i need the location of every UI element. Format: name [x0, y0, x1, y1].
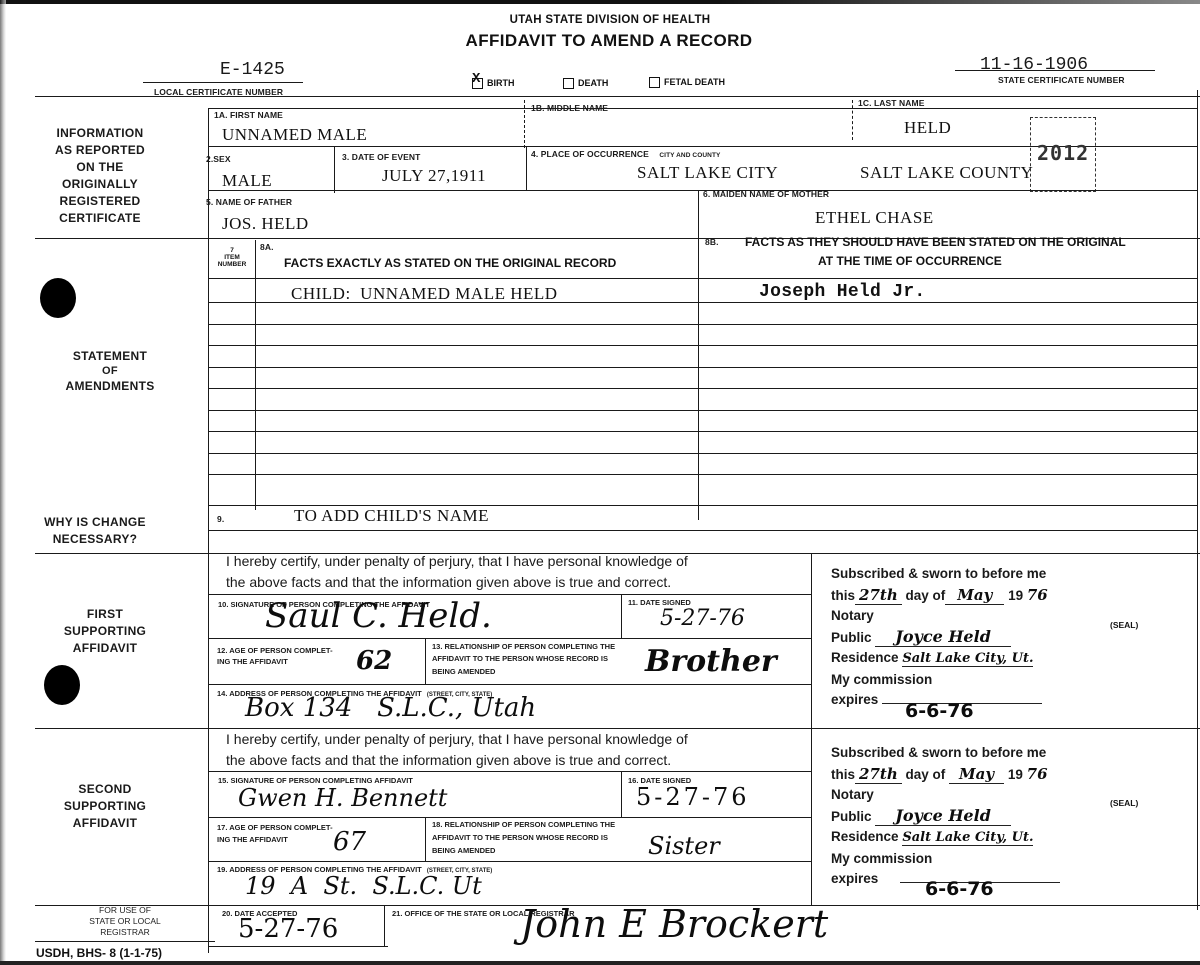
grid-line [208, 594, 811, 595]
check-mark-icon: X [472, 71, 480, 87]
table-row-line [208, 345, 1198, 346]
grid-divider [621, 771, 622, 817]
relationship-label-1c: BEING AMENDED [432, 667, 495, 676]
item-column-divider [255, 240, 256, 510]
section-label-first-affidavit: FIRST SUPPORTING AFFIDAVIT [40, 606, 170, 657]
table-row-line [208, 410, 1198, 411]
scan-top-edge [0, 0, 1200, 4]
notary-expires-2[interactable]: 6-6-76 [925, 878, 994, 900]
grid-line [35, 941, 215, 942]
certify-text-line2-second: the above facts and that the information… [226, 752, 671, 768]
notary-seal-label-1: (SEAL) [1110, 620, 1138, 630]
date-accepted[interactable]: 5-27-76 [238, 914, 338, 944]
date-signed-2[interactable]: 5-27-76 [636, 783, 750, 811]
dashed-divider [852, 100, 853, 140]
col-8a-number: 8A. [260, 242, 274, 252]
record-type-birth[interactable]: X BIRTH [472, 78, 515, 89]
item-number-header: 7 ITEM NUMBER [209, 247, 255, 268]
strike-line [955, 70, 1155, 71]
dashed-divider [524, 100, 525, 148]
state-certificate-label: STATE CERTIFICATE NUMBER [998, 75, 1125, 85]
relationship-label-2b: AFFIDAVIT TO THE PERSON WHOSE RECORD IS [432, 833, 608, 842]
amendment-row-1-corrected: Joseph Held Jr. [759, 282, 926, 302]
mother-value: ETHEL CHASE [815, 208, 934, 228]
table-row-line [208, 474, 1198, 475]
col-8a-header: FACTS EXACTLY AS STATED ON THE ORIGINAL … [284, 256, 616, 270]
grid-line [208, 684, 811, 685]
registrar-signature[interactable]: John E Brockert [520, 902, 828, 946]
local-certificate-number: E-1425 [220, 60, 285, 80]
mother-label: 6. MAIDEN NAME OF MOTHER [703, 189, 829, 199]
grid-line [208, 771, 811, 772]
grid-line [208, 530, 1198, 531]
grid-divider [425, 638, 426, 684]
relationship-1[interactable]: Brother [645, 644, 777, 679]
grid-divider [334, 146, 335, 193]
checkbox-birth[interactable]: X [472, 78, 483, 89]
table-row-line [208, 278, 1198, 279]
section-label-original-info: INFORMATION AS REPORTED ON THE ORIGINALL… [30, 125, 170, 227]
age-label-1a: 12. AGE OF PERSON COMPLET- [217, 646, 333, 655]
section-divider [35, 728, 1200, 729]
notary-seal-label-2: (SEAL) [1110, 798, 1138, 808]
relationship-label-1a: 13. RELATIONSHIP OF PERSON COMPLETING TH… [432, 642, 615, 651]
signature-1[interactable]: Saul C. Held. [265, 596, 492, 636]
filing-stamp-number: 2012 [1037, 141, 1089, 165]
place-label: 4. PLACE OF OCCURRENCE CITY AND COUNTY [531, 149, 720, 159]
first-name-label: 1A. FIRST NAME [214, 110, 283, 120]
grid-divider [425, 817, 426, 861]
amendment-row-1-original: CHILD: UNNAMED MALE HELD [291, 284, 558, 304]
form-right-border [1197, 90, 1198, 910]
last-name-label: 1C. LAST NAME [858, 98, 924, 108]
first-name-value: UNNAMED MALE [222, 125, 367, 145]
notary-column-divider [811, 728, 812, 906]
address-2[interactable]: 19 A St. S.L.C. Ut [245, 872, 482, 900]
punch-hole [40, 278, 76, 318]
grid-divider [384, 905, 385, 947]
date-signed-1[interactable]: 5-27-76 [660, 606, 745, 631]
age-label-1b: ING THE AFFIDAVIT [217, 657, 288, 666]
record-type-fetal-death[interactable]: FETAL DEATH [649, 77, 725, 88]
age-label-2a: 17. AGE OF PERSON COMPLET- [217, 823, 333, 832]
form-title: AFFIDAVIT TO AMEND A RECORD [0, 31, 1200, 51]
grid-line [208, 638, 811, 639]
grid-divider [526, 146, 527, 191]
section-label-second-affidavit: SECOND SUPPORTING AFFIDAVIT [40, 781, 170, 832]
relationship-label-1b: AFFIDAVIT TO THE PERSON WHOSE RECORD IS [432, 654, 608, 663]
sex-value: MALE [222, 171, 272, 191]
age-1[interactable]: 62 [356, 646, 392, 676]
grid-divider [621, 594, 622, 638]
section-label-reason: WHY IS CHANGE NECESSARY? [40, 514, 150, 548]
checkbox-fetal-death[interactable] [649, 77, 660, 88]
form-id: USDH, BHS- 8 (1-1-75) [36, 946, 162, 960]
certify-text-line1: I hereby certify, under penalty of perju… [226, 553, 688, 569]
col-8b-header-line1: FACTS AS THEY SHOULD HAVE BEEN STATED ON… [745, 235, 1126, 249]
table-row-line [208, 367, 1198, 368]
col-8b-number: 8B. [705, 237, 719, 247]
date-of-event-value: JULY 27,1911 [382, 166, 486, 186]
date-of-event-label: 3. DATE OF EVENT [342, 152, 420, 162]
record-type-death[interactable]: DEATH [563, 78, 608, 89]
table-row-line [208, 453, 1198, 454]
relationship-2[interactable]: Sister [648, 832, 720, 860]
notary-expires-1[interactable]: 6-6-76 [905, 700, 974, 722]
state-certificate-number: 11-16-1906 [980, 55, 1088, 75]
notary-block-1: Subscribed & sworn to before me this27th… [831, 564, 1048, 711]
address-1[interactable]: Box 134 S.L.C., Utah [245, 693, 536, 723]
notary-column-divider [811, 553, 812, 729]
divider [143, 82, 303, 83]
reason-number: 9. [217, 514, 224, 524]
agency-name: UTAH STATE DIVISION OF HEALTH [0, 14, 1200, 26]
grid-line [208, 946, 388, 947]
place-county-value: SALT LAKE COUNTY [860, 163, 1033, 183]
age-label-2b: ING THE AFFIDAVIT [217, 835, 288, 844]
reason-value: TO ADD CHILD'S NAME [294, 506, 489, 526]
signature-2[interactable]: Gwen H. Bennett [238, 784, 447, 812]
relationship-label-2c: BEING AMENDED [432, 846, 495, 855]
table-row-line [208, 431, 1198, 432]
scan-left-edge [0, 0, 6, 965]
father-label: 5. NAME OF FATHER [206, 197, 292, 207]
grid-line [208, 817, 811, 818]
father-value: JOS. HELD [222, 214, 309, 234]
place-city-value: SALT LAKE CITY [637, 163, 778, 183]
section-label-registrar: FOR USE OF STATE OR LOCAL REGISTRAR [60, 905, 190, 938]
punch-hole [44, 665, 80, 705]
table-row-line [208, 324, 1198, 325]
notary-block-2: Subscribed & sworn to before me this27th… [831, 743, 1060, 890]
checkbox-death[interactable] [563, 78, 574, 89]
certify-text-line1-second: I hereby certify, under penalty of perju… [226, 731, 688, 747]
middle-name-label: 1B. MIDDLE NAME [531, 103, 608, 113]
certify-text-line2: the above facts and that the information… [226, 574, 671, 590]
age-2[interactable]: 67 [333, 827, 366, 857]
grid-divider-8a-8b [698, 190, 699, 520]
scan-bottom-edge [0, 961, 1200, 965]
section-label-amendments: STATEMENT OF AMENDMENTS [30, 348, 190, 395]
grid-line [208, 108, 1198, 109]
grid-top-line [35, 96, 1200, 97]
relationship-label-2a: 18. RELATIONSHIP OF PERSON COMPLETING TH… [432, 820, 615, 829]
col-8b-header-line2: AT THE TIME OF OCCURRENCE [818, 254, 1002, 268]
sex-label: 2.SEX [206, 154, 231, 164]
grid-line [208, 861, 811, 862]
last-name-value: HELD [904, 118, 951, 138]
table-row-line [208, 388, 1198, 389]
